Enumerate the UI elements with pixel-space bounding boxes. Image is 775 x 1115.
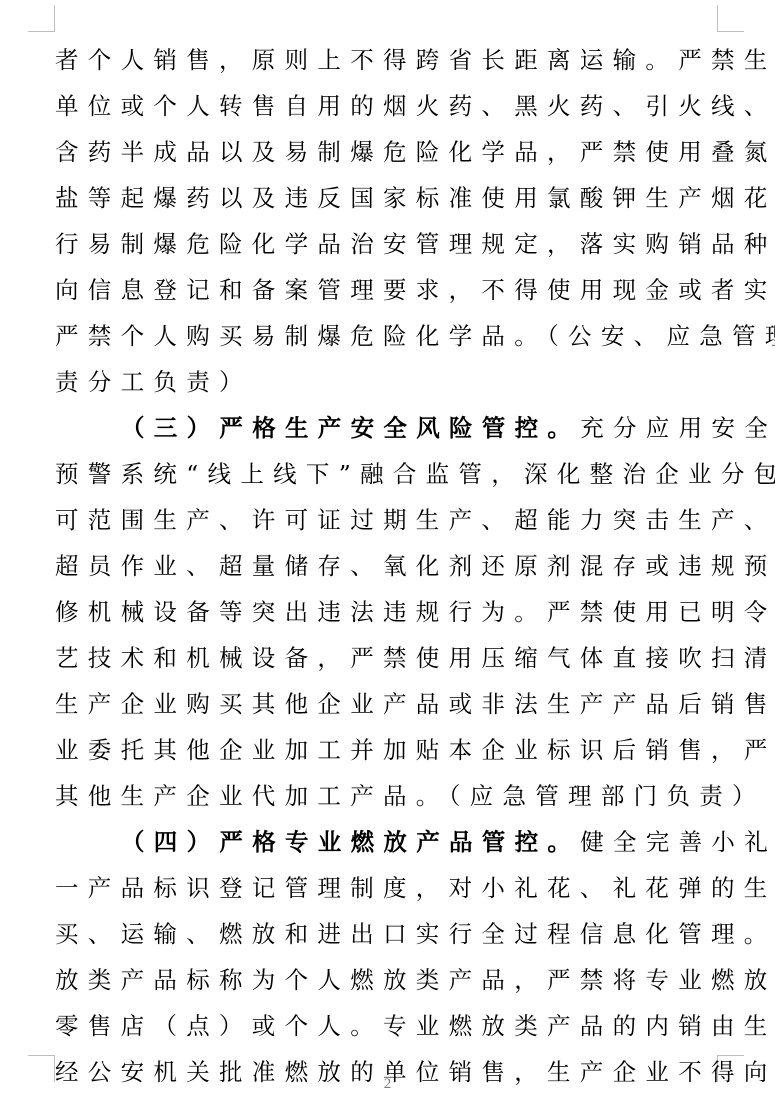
text-line: 行易制爆危险化学品治安管理规定，落实购销品种、数量以及流 — [55, 221, 720, 267]
text-line: 其他生产企业代加工产品。（应急管理部门负责） — [55, 773, 720, 819]
text-line: 含药半成品以及易制爆危险化学品，严禁使用叠氮化物、硝酸肼 — [55, 129, 720, 175]
text-line: 修机械设备等突出违法违规行为。严禁使用已明令淘汰的落后工 — [55, 589, 720, 635]
section-4-text: 健全完善小礼花、礼花弹统 — [580, 828, 775, 856]
text-line: 盐等起爆药以及违反国家标准使用氯酸钾生产烟花爆竹。严格执 — [55, 175, 720, 221]
text-line: 零售店（点）或个人。专业燃放类产品的内销由生产企业直接向 — [55, 1003, 720, 1049]
section-4-heading: （四）严格专业燃放产品管控。 — [121, 828, 580, 856]
text-line: 一产品标识登记管理制度，对小礼花、礼花弹的生产、销售、购 — [55, 865, 720, 911]
text-line: 买、运输、燃放和进出口实行全过程信息化管理。严禁将专业燃 — [55, 911, 720, 957]
section-3-text: 充分应用安全生产风险监测 — [580, 414, 775, 442]
page-number: 2 — [0, 1076, 775, 1093]
text-line: 者个人销售，原则上不得跨省长距离运输。严禁生产企业向任何 — [55, 37, 720, 83]
text-line: 业委托其他企业加工并加贴本企业标识后销售，严禁接受委托为 — [55, 727, 720, 773]
text-line: 责分工负责） — [55, 359, 720, 405]
text-line: 艺技术和机械设备，严禁使用压缩气体直接吹扫清理药尘。严禁 — [55, 635, 720, 681]
text-line: 超员作业、超量储存、氧化剂还原剂混存或违规预混、带药检维 — [55, 543, 720, 589]
text-line: 放类产品标称为个人燃放类产品，严禁将专业燃放类产品销售给 — [55, 957, 720, 1003]
section-3-heading: （三）严格生产安全风险管控。 — [121, 414, 580, 442]
text-line: 严禁个人购买易制爆危险化学品。（公安、应急管理部门按照职 — [55, 313, 720, 359]
text-line: 可范围生产、许可证过期生产、超能力突击生产、停产期间生产、 — [55, 497, 720, 543]
document-page: 者个人销售，原则上不得跨省长距离运输。严禁生产企业向任何 单位或个人转售自用的烟… — [0, 0, 775, 1115]
text-line: 单位或个人转售自用的烟火药、黑火药、引火线、退役发射药、 — [55, 83, 720, 129]
text-line: 向信息登记和备案管理要求，不得使用现金或者实物进行交易， — [55, 267, 720, 313]
section-4-first-line: （四）严格专业燃放产品管控。健全完善小礼花、礼花弹统 — [55, 819, 720, 865]
section-3-first-line: （三）严格生产安全风险管控。充分应用安全生产风险监测 — [55, 405, 720, 451]
document-body: 者个人销售，原则上不得跨省长距离运输。严禁生产企业向任何 单位或个人转售自用的烟… — [55, 37, 720, 1095]
text-line: 预警系统“线上线下”融合监管，深化整治企业分包转包、超许 — [55, 451, 720, 497]
text-line: 生产企业购买其他企业产品或非法生产产品后销售，严禁生产企 — [55, 681, 720, 727]
margin-corner-mark-top-left — [28, 5, 55, 32]
margin-corner-mark-top-right — [717, 5, 744, 32]
